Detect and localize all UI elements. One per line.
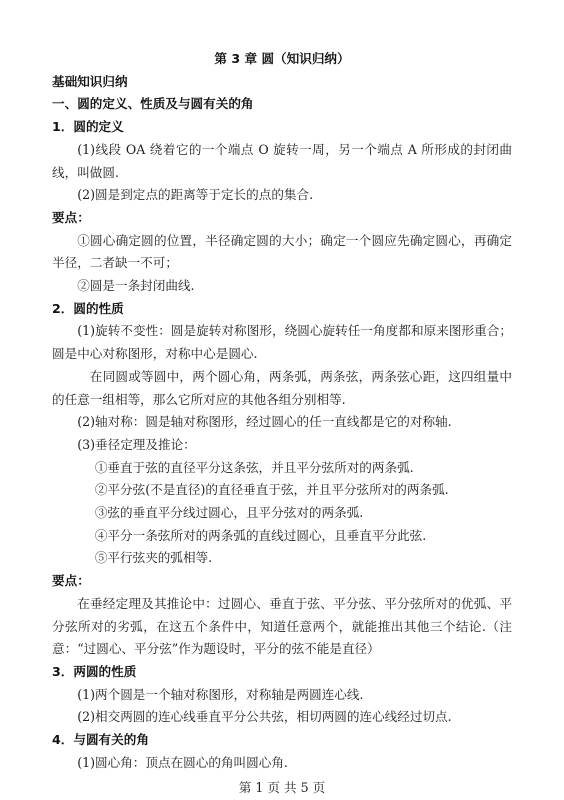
document-page: 第 3 章 圆（知识归纳） 基础知识归纳一、圆的定义、性质及与圆有关的角1．圆的… bbox=[0, 0, 564, 800]
paragraph: ②平分弦(不是直径)的直径垂直于弦，并且平分弦所对的两条弧. bbox=[52, 479, 512, 502]
document-body: 基础知识归纳一、圆的定义、性质及与圆有关的角1．圆的定义(1)线段 OA 绕着它… bbox=[52, 71, 512, 775]
section-heading: 2．圆的性质 bbox=[52, 298, 512, 321]
page-number-footer: 第 1 页 共 5 页 bbox=[52, 777, 512, 800]
paragraph: (1)圆心角：顶点在圆心的角叫圆心角. bbox=[52, 752, 512, 775]
section-heading: 基础知识归纳 bbox=[52, 71, 512, 94]
paragraph: (2)相交两圆的连心线垂直平分公共弦，相切两圆的连心线经过切点. bbox=[52, 706, 512, 729]
paragraph: 在同圆或等圆中，两个圆心角，两条弧，两条弦，两条弦心距，这四组量中的任意一组相等… bbox=[52, 366, 512, 411]
section-heading: 4．与圆有关的角 bbox=[52, 729, 512, 752]
paragraph: 在垂经定理及其推论中：过圆心、垂直于弦、平分弦、平分弦所对的优弧、平分弦所对的劣… bbox=[52, 593, 512, 661]
paragraph: ①垂直于弦的直径平分这条弦，并且平分弦所对的两条弧. bbox=[52, 457, 512, 480]
paragraph: ①圆心确定圆的位置，半径确定圆的大小；确定一个圆应先确定圆心，再确定半径，二者缺… bbox=[52, 230, 512, 275]
paragraph: (3)垂径定理及推论： bbox=[52, 434, 512, 457]
paragraph: (1)两个圆是一个轴对称图形，对称轴是两圆连心线. bbox=[52, 684, 512, 707]
paragraph: (1)旋转不变性：圆是旋转对称图形，绕圆心旋转任一角度都和原来图形重合；圆是中心… bbox=[52, 320, 512, 365]
section-heading: 要点： bbox=[52, 207, 512, 230]
page-title: 第 3 章 圆（知识归纳） bbox=[52, 48, 512, 71]
paragraph: ⑤平行弦夹的弧相等. bbox=[52, 547, 512, 570]
section-heading: 一、圆的定义、性质及与圆有关的角 bbox=[52, 93, 512, 116]
section-heading: 3．两圆的性质 bbox=[52, 661, 512, 684]
section-heading: 1．圆的定义 bbox=[52, 116, 512, 139]
paragraph: (1)线段 OA 绕着它的一个端点 O 旋转一周，另一个端点 A 所形成的封闭曲… bbox=[52, 139, 512, 184]
paragraph: (2)圆是到定点的距离等于定长的点的集合. bbox=[52, 184, 512, 207]
paragraph: (2)轴对称：圆是轴对称图形，经过圆心的任一直线都是它的对称轴. bbox=[52, 411, 512, 434]
paragraph: ②圆是一条封闭曲线. bbox=[52, 275, 512, 298]
paragraph: ③弦的垂直平分线过圆心，且平分弦对的两条弧. bbox=[52, 502, 512, 525]
paragraph: ④平分一条弦所对的两条弧的直线过圆心，且垂直平分此弦. bbox=[52, 525, 512, 548]
section-heading: 要点： bbox=[52, 570, 512, 593]
